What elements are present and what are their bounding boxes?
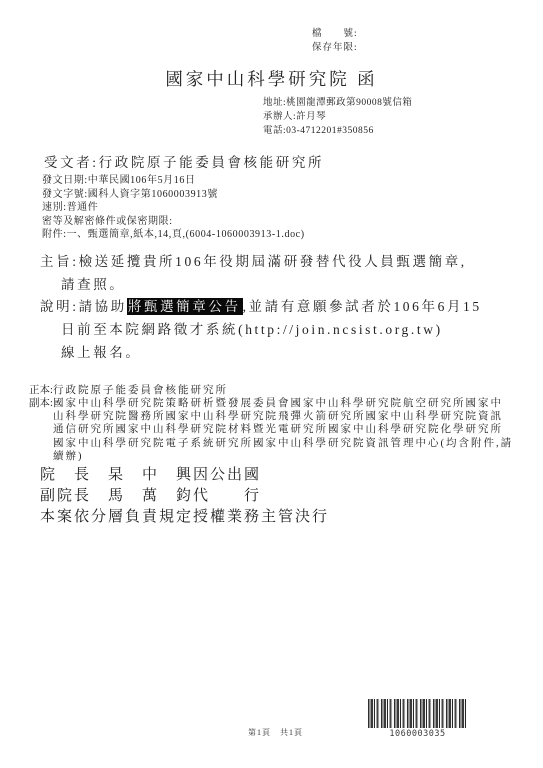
attachment-info: 附件:一、甄選簡章,紙本,14,頁,(6004-1060003913-1.doc… (42, 228, 305, 242)
original-recipient: 行政院原子能委員會核能研究所 (53, 384, 515, 397)
vice-president-signature-line: 副院長 馬 萬 鈞代 行 (40, 486, 329, 507)
subject-text: 檢送延攬貴所106年役期屆滿研發替代役人員甄選簡章, (79, 254, 467, 269)
subject-label: 主旨: (40, 254, 79, 269)
page-number: 第1頁 共1頁 (248, 727, 303, 738)
sender-phone: 電話:03-4712201#350856 (263, 125, 412, 139)
explanation-pre-text: 請協助 (79, 299, 127, 314)
priority-level: 速別:普通件 (42, 201, 305, 215)
copy-recipients: 國家中山科學研究院策略研析暨發展委員會國家中山科學研究院航空研究所國家中山科學研… (53, 397, 515, 463)
security-classification: 密等及解密條件或保密期限: (42, 215, 305, 229)
original-label: 正本: (29, 384, 53, 397)
explanation-label: 說明: (40, 299, 79, 314)
sender-info: 地址:桃園龍潭郵政第90008號信箱 承辦人:許月琴 電話:03-4712201… (263, 97, 412, 138)
document-meta: 發文日期:中華民國106年5月16日 發文字號:國科人資字第1060003913… (42, 174, 305, 242)
explanation-post-text: ,並請有意願參試者於106年6月15 (243, 299, 482, 314)
copy-recipients-row: 副本: 國家中山科學研究院策略研析暨發展委員會國家中山科學研究院航空研究所國家中… (29, 397, 515, 463)
authorization-line: 本案依分層負責規定授權業務主管決行 (40, 507, 329, 528)
document-title: 國家中山科學研究院 函 (0, 66, 543, 91)
signature-block: 院 長 杲 中 興因公出國 副院長 馬 萬 鈞代 行 本案依分層負責規定授權業務… (40, 465, 329, 528)
subject-line2: 請查照。 (61, 273, 125, 293)
sender-address: 地址:桃園龍潭郵政第90008號信箱 (263, 97, 412, 111)
recipient-line: 受文者:行政院原子能委員會核能研究所 (44, 151, 324, 171)
highlighted-text: 將甄選簡章公告 (127, 298, 243, 315)
original-recipient-row: 正本: 行政院原子能委員會核能研究所 (29, 384, 515, 397)
barcode (368, 699, 467, 728)
explanation-line1: 說明:請協助將甄選簡章公告,並請有意願參試者於106年6月15 (40, 295, 482, 315)
scanned-official-letter: 檔 號: 保存年限: 國家中山科學研究院 函 地址:桃園龍潭郵政第90008號信… (0, 0, 543, 768)
explanation-line3: 線上報名。 (61, 341, 142, 361)
issue-date: 發文日期:中華民國106年5月16日 (42, 174, 305, 188)
retention-period-label: 保存年限: (312, 41, 358, 55)
file-number-label: 檔 號: (312, 27, 358, 41)
document-number: 發文字號:國科人資字第1060003913號 (42, 188, 305, 202)
subject-line1: 主旨:檢送延攬貴所106年役期屆滿研發替代役人員甄選簡章, (40, 250, 467, 270)
sender-contact-person: 承辦人:許月琴 (263, 111, 412, 125)
president-signature-line: 院 長 杲 中 興因公出國 (40, 465, 329, 486)
barcode-number: 1060003035 (368, 729, 467, 739)
explanation-line2: 日前至本院網路徵才系統(http://join.ncsist.org.tw) (61, 318, 443, 338)
copy-label: 副本: (29, 397, 53, 463)
archive-labels: 檔 號: 保存年限: (312, 27, 358, 55)
